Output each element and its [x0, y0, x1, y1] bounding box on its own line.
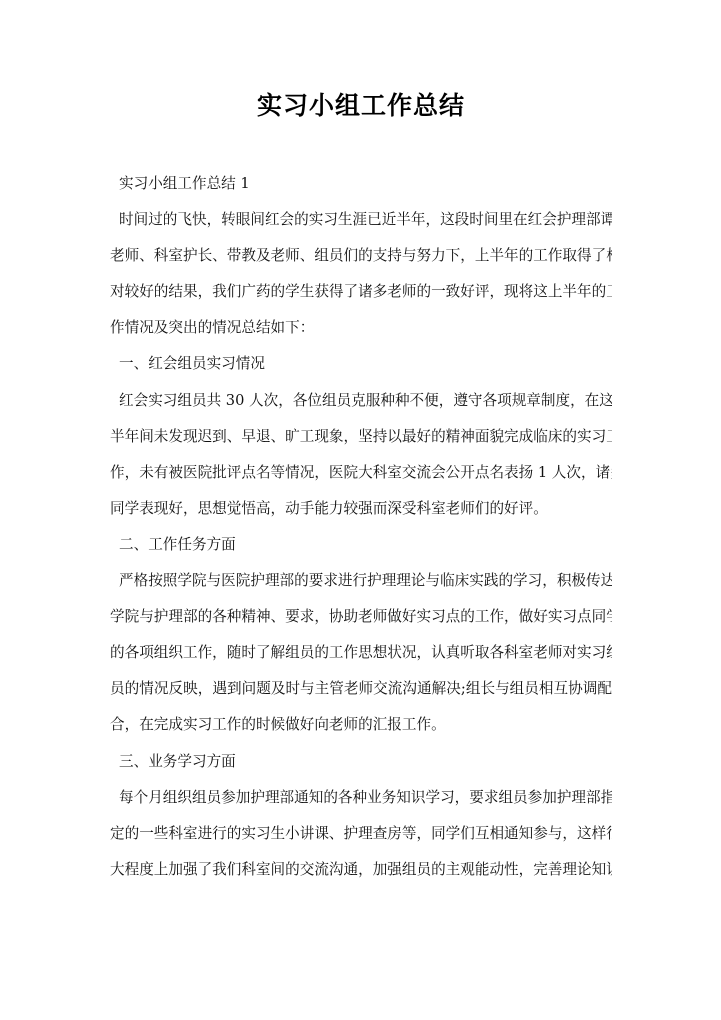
- document-subtitle: 实习小组工作总结 1: [110, 166, 612, 202]
- paragraph-line: 学院与护理部的各种精神、要求，协助老师做好实习点的工作，做好实习点同学: [110, 599, 612, 635]
- paragraph-line: 每个月组织组员参加护理部通知的各种业务知识学习，要求组员参加护理部指: [110, 780, 612, 816]
- paragraph-section-3: 每个月组织组员参加护理部通知的各种业务知识学习，要求组员参加护理部指 定的一些科…: [110, 780, 612, 888]
- paragraph-line: 同学表现好，思想觉悟高，动手能力较强而深受科室老师们的好评。: [110, 491, 612, 527]
- section-heading-2: 二、工作任务方面: [110, 527, 612, 563]
- document-body: 实习小组工作总结 1 时间过的飞快，转眼间红会的实习生涯已近半年，这段时间里在红…: [110, 166, 612, 888]
- paragraph-line: 合，在完成实习工作的时候做好向老师的汇报工作。: [110, 707, 612, 743]
- paragraph-line: 定的一些科室进行的实习生小讲课、护理查房等，同学们互相通知参与，这样很: [110, 816, 612, 852]
- paragraph-line: 半年间未发现迟到、早退、旷工现象，坚持以最好的精神面貌完成临床的实习工: [110, 419, 612, 455]
- section-heading-3: 三、业务学习方面: [110, 744, 612, 780]
- document-title: 实习小组工作总结: [110, 88, 612, 124]
- paragraph-line: 严格按照学院与医院护理部的要求进行护理理论与临床实践的学习，积极传达: [110, 563, 612, 599]
- paragraph-line: 老师、科室护长、带教及老师、组员们的支持与努力下，上半年的工作取得了相: [110, 238, 612, 274]
- paragraph-line: 作，未有被医院批评点名等情况，医院大科室交流会公开点名表扬 1 人次，诸多: [110, 455, 612, 491]
- paragraph-line: 时间过的飞快，转眼间红会的实习生涯已近半年，这段时间里在红会护理部谭: [110, 202, 612, 238]
- paragraph-line: 红会实习组员共 30 人次，各位组员克服种种不便，遵守各项规章制度，在这上: [110, 383, 612, 419]
- paragraph-intro: 时间过的飞快，转眼间红会的实习生涯已近半年，这段时间里在红会护理部谭 老师、科室…: [110, 202, 612, 346]
- paragraph-line: 作情况及突出的情况总结如下：: [110, 310, 612, 346]
- paragraph-section-1: 红会实习组员共 30 人次，各位组员克服种种不便，遵守各项规章制度，在这上 半年…: [110, 383, 612, 527]
- paragraph-line: 员的情况反映，遇到问题及时与主管老师交流沟通解决;组长与组员相互协调配: [110, 671, 612, 707]
- section-heading-1: 一、红会组员实习情况: [110, 346, 612, 382]
- paragraph-line: 大程度上加强了我们科室间的交流沟通，加强组员的主观能动性，完善理论知识: [110, 852, 612, 888]
- paragraph-section-2: 严格按照学院与医院护理部的要求进行护理理论与临床实践的学习，积极传达 学院与护理…: [110, 563, 612, 743]
- paragraph-line: 的各项组织工作，随时了解组员的工作思想状况，认真听取各科室老师对实习组: [110, 635, 612, 671]
- paragraph-line: 对较好的结果，我们广药的学生获得了诸多老师的一致好评，现将这上半年的工: [110, 274, 612, 310]
